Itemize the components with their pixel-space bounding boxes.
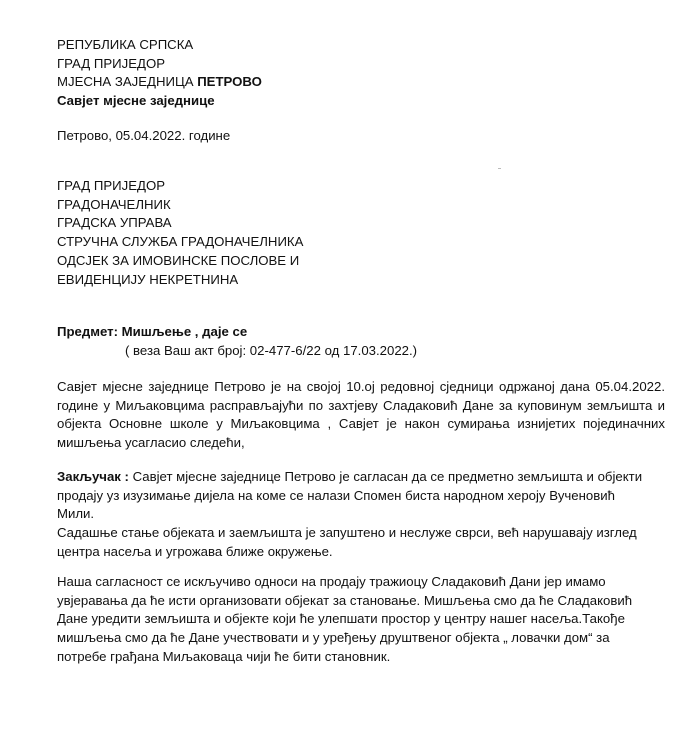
sender-council: Савјет мјесне заједнице <box>57 92 262 111</box>
sender-city: ГРАД ПРИЈЕДОР <box>57 55 262 74</box>
conclusion-first-line: Закључак : Савјет мјесне заједнице Петро… <box>57 468 665 487</box>
paragraph-line: увјеравања да ће исти организовати објек… <box>57 592 665 611</box>
sender-community-name: ПЕТРОВО <box>197 74 262 89</box>
recipient-block: ГРАД ПРИЈЕДОР ГРАДОНАЧЕЛНИК ГРАДСКА УПРА… <box>57 177 303 289</box>
recipient-line: ГРАД ПРИЈЕДОР <box>57 177 303 196</box>
sender-header: РЕПУБЛИКА СРПСКА ГРАД ПРИЈЕДОР МЈЕСНА ЗА… <box>57 36 262 111</box>
sender-community-prefix: МЈЕСНА ЗАЈЕДНИЦА <box>57 74 197 89</box>
subject-reference: ( веза Ваш акт број: 02-477-6/22 од 17.0… <box>125 342 417 361</box>
recipient-line: ГРАДОНАЧЕЛНИК <box>57 196 303 215</box>
conclusion-line: Садашње стање објеката и заемљишта је за… <box>57 524 665 543</box>
conclusion-line: продају уз изузимање дијела на коме се н… <box>57 487 665 506</box>
paragraph-line: објекта Основне школе у Миљаковцима , Са… <box>57 415 665 434</box>
place-date: Петрово, 05.04.2022. године <box>57 127 230 146</box>
recipient-line: ОДСЈЕК ЗА ИМОВИНСКЕ ПОСЛОВЕ И <box>57 252 303 271</box>
recipient-line: ГРАДСКА УПРАВА <box>57 214 303 233</box>
recipient-line: СТРУЧНА СЛУЖБА ГРАДОНАЧЕЛНИКА <box>57 233 303 252</box>
conclusion-line: Мили. <box>57 505 665 524</box>
document-page: РЕПУБЛИКА СРПСКА ГРАД ПРИЈЕДОР МЈЕСНА ЗА… <box>0 0 680 744</box>
sender-republic: РЕПУБЛИКА СРПСКА <box>57 36 262 55</box>
paragraph-line: мишљења усагласио следећи, <box>57 434 665 453</box>
paragraph-1: Савјет мјесне заједнице Петрово је на св… <box>57 378 665 453</box>
recipient-line: ЕВИДЕНЦИЈУ НЕКРЕТНИНА <box>57 271 303 290</box>
scan-speck <box>498 168 501 169</box>
conclusion-line: центра насеља и угрожава ближе окружење. <box>57 543 665 562</box>
paragraph-line: године у Миљаковцима расправљајући по за… <box>57 397 665 416</box>
sender-community: МЈЕСНА ЗАЈЕДНИЦА ПЕТРОВО <box>57 73 262 92</box>
conclusion-text: Савјет мјесне заједнице Петрово је сагла… <box>129 469 642 484</box>
paragraph-line: Савјет мјесне заједнице Петрово је на св… <box>57 378 665 397</box>
paragraph-3: Наша сагласност се искључиво односи на п… <box>57 573 665 667</box>
paragraph-line: Наша сагласност се искључиво односи на п… <box>57 573 665 592</box>
conclusion-paragraph: Закључак : Савјет мјесне заједнице Петро… <box>57 468 665 562</box>
subject-label: Предмет: Мишљење , даје се <box>57 323 247 342</box>
conclusion-label: Закључак : <box>57 469 129 484</box>
paragraph-line: Дане уредити земљишта и објекте који ће … <box>57 610 665 629</box>
paragraph-line: мишљења смо да ће Дане учествовати и у у… <box>57 629 665 648</box>
paragraph-line: потребе грађана Миљаковаца чији ће бити … <box>57 648 665 667</box>
